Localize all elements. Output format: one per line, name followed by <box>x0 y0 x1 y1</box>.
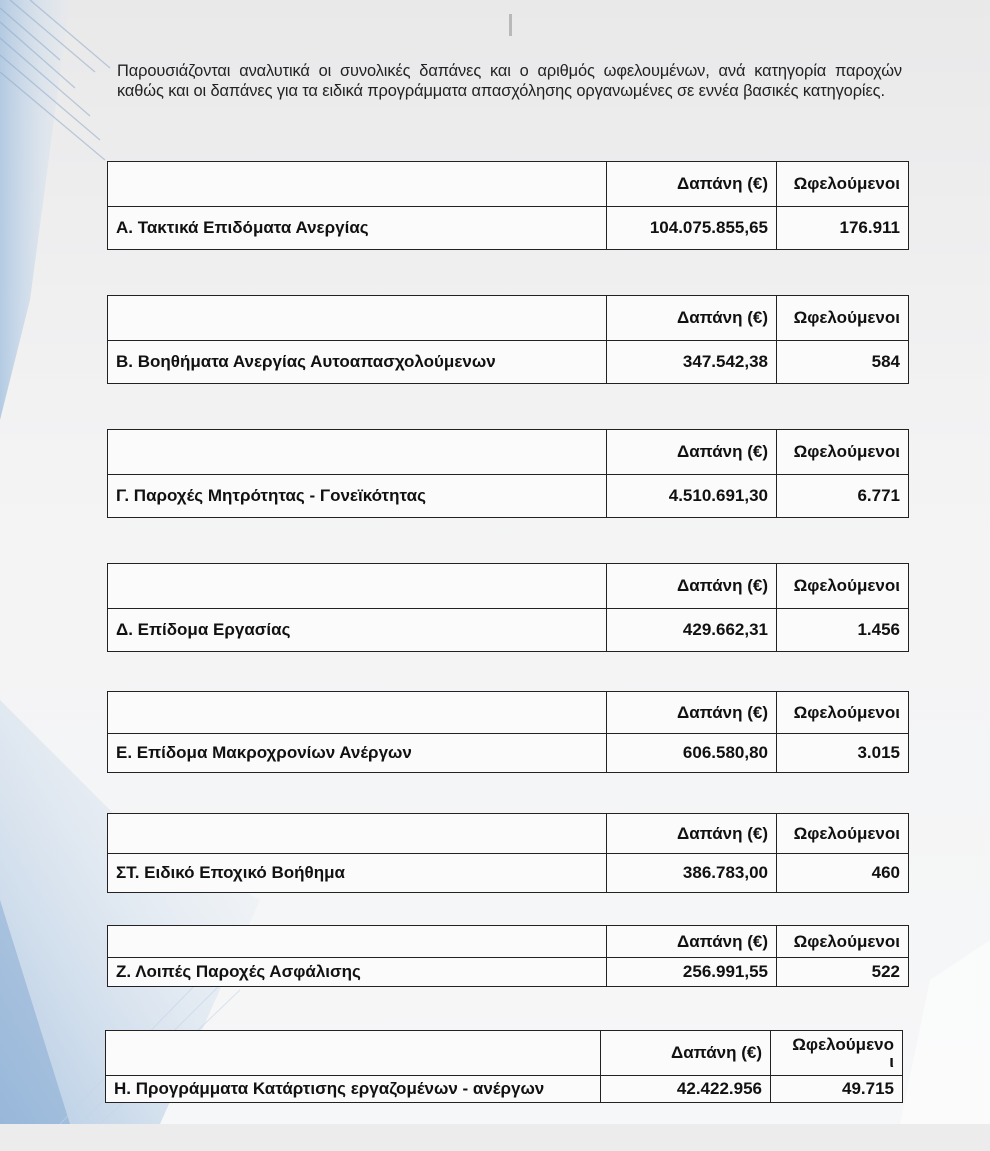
category-name: Δ. Επίδομα Εργασίας <box>108 609 607 652</box>
intro-paragraph: Παρουσιάζονται αναλυτικά οι συνολικές δα… <box>117 61 902 101</box>
header-beneficiaries-line1: Ωφελούμενο <box>779 1036 894 1053</box>
benefit-table-a: Δαπάνη (€) Ωφελούμενοι Α. Τακτικά Επιδόμ… <box>107 161 909 250</box>
header-expense: Δαπάνη (€) <box>607 692 777 734</box>
table-header-row: Δαπάνη (€) Ωφελούμενοι <box>108 430 909 475</box>
benefit-table-d: Δαπάνη (€) Ωφελούμενοι Δ. Επίδομα Εργασί… <box>107 563 909 652</box>
beneficiaries-value: 460 <box>777 854 909 893</box>
header-expense: Δαπάνη (€) <box>601 1031 771 1076</box>
expense-value: 606.580,80 <box>607 734 777 773</box>
beneficiaries-value: 49.715 <box>771 1076 903 1103</box>
table-row: ΣΤ. Ειδικό Εποχικό Βοήθημα 386.783,00 46… <box>108 854 909 893</box>
benefit-table-st: Δαπάνη (€) Ωφελούμενοι ΣΤ. Ειδικό Εποχικ… <box>107 813 909 893</box>
expense-value: 104.075.855,65 <box>607 207 777 250</box>
category-name: Η. Προγράμματα Κατάρτισης εργαζομένων - … <box>106 1076 601 1103</box>
category-name: Γ. Παροχές Μητρότητας - Γονεϊκότητας <box>108 475 607 518</box>
table-row: Η. Προγράμματα Κατάρτισης εργαζομένων - … <box>106 1076 903 1103</box>
header-blank-cell <box>106 1031 601 1076</box>
beneficiaries-value: 6.771 <box>777 475 909 518</box>
beneficiaries-value: 3.015 <box>777 734 909 773</box>
header-expense: Δαπάνη (€) <box>607 296 777 341</box>
beneficiaries-value: 1.456 <box>777 609 909 652</box>
category-name: Β. Βοηθήματα Ανεργίας Αυτοαπασχολούμενων <box>108 341 607 384</box>
category-name: ΣΤ. Ειδικό Εποχικό Βοήθημα <box>108 854 607 893</box>
slide-background: Παρουσιάζονται αναλυτικά οι συνολικές δα… <box>0 0 990 1124</box>
beneficiaries-value: 522 <box>777 958 909 987</box>
benefit-table-b: Δαπάνη (€) Ωφελούμενοι Β. Βοηθήματα Ανερ… <box>107 295 909 384</box>
table-row: Ζ. Λοιπές Παροχές Ασφάλισης 256.991,55 5… <box>108 958 909 987</box>
header-blank-cell <box>108 162 607 207</box>
header-blank-cell <box>108 430 607 475</box>
table-header-row: Δαπάνη (€) Ωφελούμενοι <box>108 926 909 958</box>
header-beneficiaries-line2: ι <box>779 1053 894 1070</box>
table-row: Β. Βοηθήματα Ανεργίας Αυτοαπασχολούμενων… <box>108 341 909 384</box>
table-header-row: Δαπάνη (€) Ωφελούμενοι <box>108 814 909 854</box>
header-blank-cell <box>108 692 607 734</box>
expense-value: 256.991,55 <box>607 958 777 987</box>
expense-value: 42.422.956 <box>601 1076 771 1103</box>
table-row: Ε. Επίδομα Μακροχρονίων Ανέργων 606.580,… <box>108 734 909 773</box>
benefit-table-e: Δαπάνη (€) Ωφελούμενοι Ε. Επίδομα Μακροχ… <box>107 691 909 773</box>
expense-value: 429.662,31 <box>607 609 777 652</box>
header-beneficiaries: Ωφελούμενοι <box>777 814 909 854</box>
header-beneficiaries: Ωφελούμενοι <box>777 692 909 734</box>
header-beneficiaries: Ωφελούμενοι <box>777 162 909 207</box>
expense-value: 4.510.691,30 <box>607 475 777 518</box>
header-beneficiaries: Ωφελούμενο ι <box>771 1031 903 1076</box>
header-beneficiaries: Ωφελούμενοι <box>777 926 909 958</box>
header-beneficiaries: Ωφελούμενοι <box>777 564 909 609</box>
header-expense: Δαπάνη (€) <box>607 162 777 207</box>
header-beneficiaries: Ωφελούμενοι <box>777 296 909 341</box>
table-header-row: Δαπάνη (€) Ωφελούμενοι <box>108 692 909 734</box>
beneficiaries-value: 584 <box>777 341 909 384</box>
benefit-table-z: Δαπάνη (€) Ωφελούμενοι Ζ. Λοιπές Παροχές… <box>107 925 909 987</box>
table-row: Α. Τακτικά Επιδόματα Ανεργίας 104.075.85… <box>108 207 909 250</box>
top-divider-mark <box>509 14 512 36</box>
category-name: Ζ. Λοιπές Παροχές Ασφάλισης <box>108 958 607 987</box>
header-blank-cell <box>108 564 607 609</box>
table-row: Δ. Επίδομα Εργασίας 429.662,31 1.456 <box>108 609 909 652</box>
header-blank-cell <box>108 296 607 341</box>
header-beneficiaries: Ωφελούμενοι <box>777 430 909 475</box>
category-name: Ε. Επίδομα Μακροχρονίων Ανέργων <box>108 734 607 773</box>
category-name: Α. Τακτικά Επιδόματα Ανεργίας <box>108 207 607 250</box>
beneficiaries-value: 176.911 <box>777 207 909 250</box>
table-row: Γ. Παροχές Μητρότητας - Γονεϊκότητας 4.5… <box>108 475 909 518</box>
header-blank-cell <box>108 814 607 854</box>
expense-value: 386.783,00 <box>607 854 777 893</box>
header-expense: Δαπάνη (€) <box>607 564 777 609</box>
header-expense: Δαπάνη (€) <box>607 814 777 854</box>
expense-value: 347.542,38 <box>607 341 777 384</box>
table-header-row: Δαπάνη (€) Ωφελούμενοι <box>108 296 909 341</box>
table-header-row: Δαπάνη (€) Ωφελούμενοι <box>108 162 909 207</box>
table-header-row: Δαπάνη (€) Ωφελούμενο ι <box>106 1031 903 1076</box>
benefit-table-h: Δαπάνη (€) Ωφελούμενο ι Η. Προγράμματα Κ… <box>105 1030 903 1103</box>
header-blank-cell <box>108 926 607 958</box>
benefit-table-c: Δαπάνη (€) Ωφελούμενοι Γ. Παροχές Μητρότ… <box>107 429 909 518</box>
header-expense: Δαπάνη (€) <box>607 926 777 958</box>
bottom-strip <box>0 1124 990 1151</box>
header-expense: Δαπάνη (€) <box>607 430 777 475</box>
table-header-row: Δαπάνη (€) Ωφελούμενοι <box>108 564 909 609</box>
